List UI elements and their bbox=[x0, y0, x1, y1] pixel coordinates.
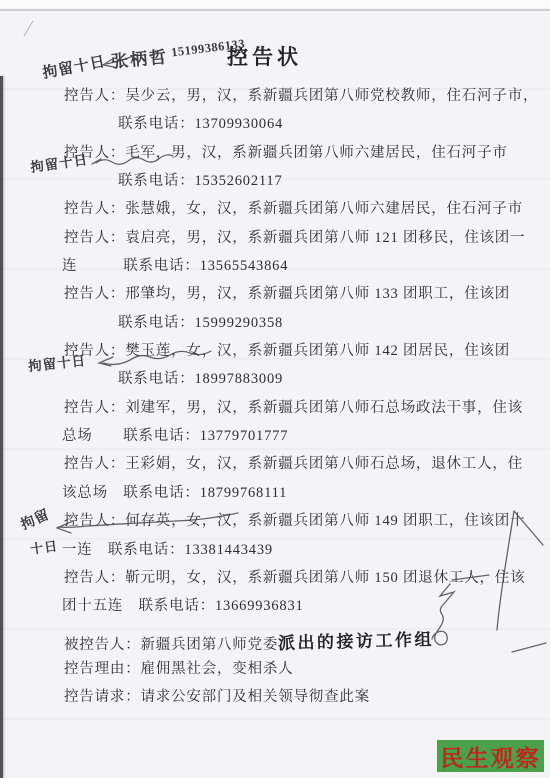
document-line: 被控告人：新疆兵团第八师党委派出的接访工作组 bbox=[0, 629, 550, 657]
printed-text: 控告人：张慧娥，女，汉，系新疆兵团第八师六建居民，住石河子市 bbox=[64, 201, 523, 217]
document-line: 总场 联系电话：13779701777 bbox=[0, 424, 550, 452]
document-line: 控告理由：雇佣黑社会，变相杀人 bbox=[0, 657, 550, 685]
printed-text: 连 联系电话：13565543864 bbox=[62, 258, 288, 274]
document-line: 控告人：何存英，女，汉，系新疆兵团第八师 149 团职工，住该团十 bbox=[0, 509, 550, 537]
handwritten-name: 张柄哲 bbox=[110, 43, 169, 73]
document-line: 联系电话：15352602117 bbox=[0, 169, 550, 197]
document-line: 联系电话：13709930064 bbox=[0, 112, 550, 140]
document-line: 连 联系电话：13565543864 bbox=[0, 254, 550, 282]
document-line: 控告人：樊玉莲，女，汉，系新疆兵团第八师 142 团居民，住该团 bbox=[0, 339, 550, 367]
printed-text: 控告请求：请求公安部门及相关领导彻查此案 bbox=[64, 689, 370, 705]
document-line: 控告人：邢肇均，男，汉，系新疆兵团第八师 133 团职工，住该团 bbox=[0, 282, 550, 310]
printed-text: 控告理由：雇佣黑社会，变相杀人 bbox=[64, 661, 294, 677]
document-line: 控告人：袁启亮，男，汉，系新疆兵团第八师 121 团移民，住该团一 bbox=[0, 226, 550, 254]
handwritten-detention-note-title: 拘留十日 bbox=[41, 50, 108, 83]
printed-text: 该总场 联系电话：18799768111 bbox=[62, 485, 287, 501]
printed-text: 一连 联系电话：13381443439 bbox=[62, 542, 273, 558]
document-body: 控告人：吴少云，男，汉，系新疆兵团第八师党校教师，住石河子市，联系电话：1370… bbox=[0, 84, 550, 714]
document-line: 该总场 联系电话：18799768111 bbox=[0, 481, 550, 509]
minsheng-guancha-watermark: 民生观察 bbox=[437, 740, 544, 772]
scanned-complaint-document: 控告状 拘留十日 张柄哲 15199386133 拘留十日 拘留十日 拘留 十日… bbox=[0, 0, 550, 778]
handwritten-defendant-suffix: 派出的接访工作组 bbox=[278, 624, 435, 653]
printed-text: 控告人：邢肇均，男，汉，系新疆兵团第八师 133 团职工，住该团 bbox=[64, 286, 510, 302]
printed-text: 总场 联系电话：13779701777 bbox=[62, 428, 288, 444]
printed-text: 团十五连 联系电话：13669936831 bbox=[62, 598, 304, 614]
document-line: 联系电话：18997883009 bbox=[0, 367, 550, 395]
printed-text: 控告人：何存英，女，汉，系新疆兵团第八师 149 团职工，住该团十 bbox=[64, 513, 525, 529]
scan-top-edge bbox=[0, 9, 550, 11]
printed-text: 联系电话：13709930064 bbox=[118, 116, 283, 132]
document-line: 控告人：张慧娥，女，汉，系新疆兵团第八师六建居民，住石河子市 bbox=[0, 197, 550, 225]
printed-text: 联系电话：15999290358 bbox=[118, 315, 283, 331]
printed-text: 控告人：靳元明，女，汉，系新疆兵团第八师 150 团退休工人，住该 bbox=[64, 570, 525, 586]
printed-text: 联系电话：15352602117 bbox=[118, 173, 283, 189]
printed-text: 控告人：吴少云，男，汉，系新疆兵团第八师党校教师，住石河子市， bbox=[64, 88, 538, 104]
document-line: 控告人：吴少云，男，汉，系新疆兵团第八师党校教师，住石河子市， bbox=[0, 84, 550, 112]
printed-text: 控告人：樊玉莲，女，汉，系新疆兵团第八师 142 团居民，住该团 bbox=[64, 343, 510, 359]
document-line: 控告请求：请求公安部门及相关领导彻查此案 bbox=[0, 685, 550, 713]
printed-text: 控告人：毛军，男，汉，系新疆兵团第八师六建居民，住石河子市 bbox=[64, 145, 508, 161]
printed-text: 联系电话：18997883009 bbox=[118, 371, 283, 387]
document-line: 一连 联系电话：13381443439 bbox=[0, 538, 550, 566]
document-line: 控告人：毛军，男，汉，系新疆兵团第八师六建居民，住石河子市 bbox=[0, 141, 550, 169]
watermark-text: 民生观察 bbox=[441, 740, 541, 773]
printed-text: 控告人：刘建军，男，汉，系新疆兵团第八师石总场政法干事，住该 bbox=[64, 400, 523, 416]
document-line: 控告人：靳元明，女，汉，系新疆兵团第八师 150 团退休工人，住该 bbox=[0, 566, 550, 594]
printed-text: 控告人：袁启亮，男，汉，系新疆兵团第八师 121 团移民，住该团一 bbox=[64, 230, 525, 246]
document-line: 控告人：刘建军，男，汉，系新疆兵团第八师石总场政法干事，住该 bbox=[0, 396, 550, 424]
document-line: 团十五连 联系电话：13669936831 bbox=[0, 594, 550, 622]
document-line: 控告人：王彩娟，女，汉，系新疆兵团第八师石总场，退休工人，住 bbox=[0, 452, 550, 480]
corner-pen-mark bbox=[24, 21, 33, 36]
printed-text: 被控告人：新疆兵团第八师党委 bbox=[64, 637, 278, 653]
document-line: 联系电话：15999290358 bbox=[0, 311, 550, 339]
printed-text: 控告人：王彩娟，女，汉，系新疆兵团第八师石总场，退休工人，住 bbox=[64, 456, 523, 472]
